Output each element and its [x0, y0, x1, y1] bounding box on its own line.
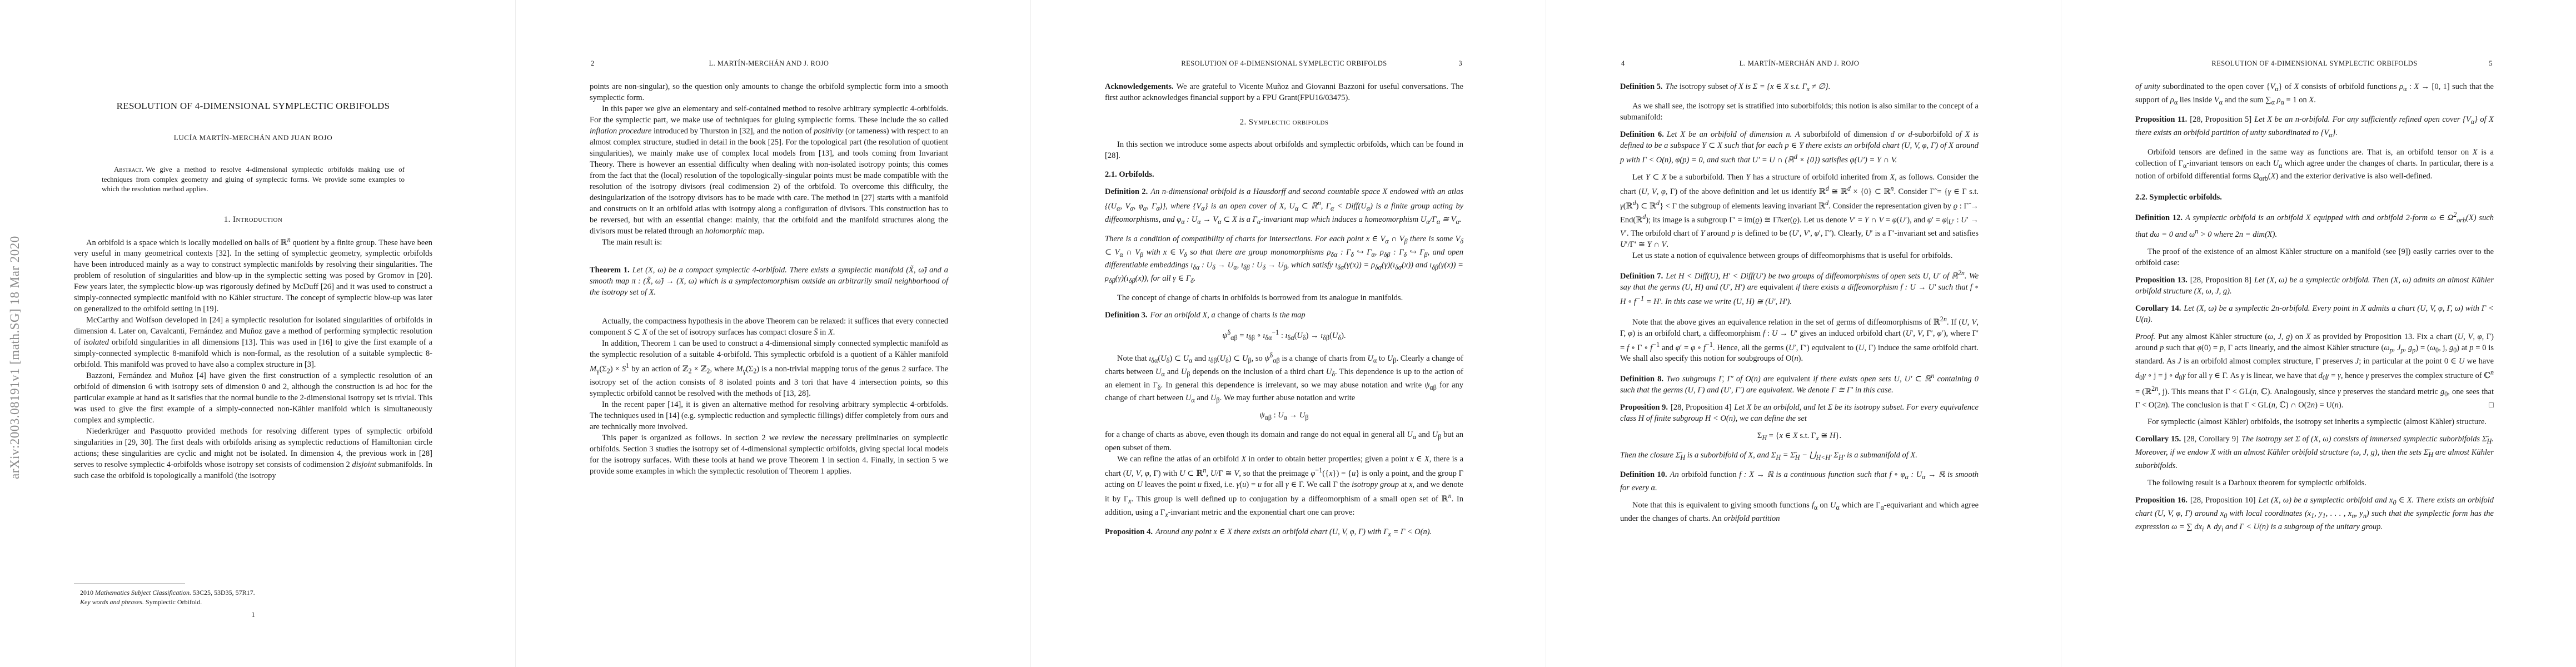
definition-label: Definition 7. [1620, 272, 1663, 281]
paper-title: RESOLUTION OF 4-DIMENSIONAL SYMPLECTIC O… [74, 100, 432, 112]
paragraph: This paper is organized as follows. In s… [590, 432, 948, 477]
proposition-body: Around any point x ∈ X there exists an o… [1155, 527, 1432, 536]
running-title: RESOLUTION OF 4-DIMENSIONAL SYMPLECTIC O… [2211, 59, 2417, 67]
acknowledgements-label: Acknowledgements. [1105, 82, 1174, 91]
running-title: RESOLUTION OF 4-DIMENSIONAL SYMPLECTIC O… [1181, 59, 1387, 67]
page-4-content: Definition 5.The isotropy subset of X is… [1620, 81, 1979, 524]
theorem-label: Theorem 1. [590, 266, 630, 275]
corollary-label: Corollary 14. [2135, 304, 2181, 313]
paragraph: The proof of the existence of an almost … [2135, 246, 2494, 268]
page-3: RESOLUTION OF 4-DIMENSIONAL SYMPLECTIC O… [1030, 0, 1546, 667]
running-header: 4 L. MARTÍN-MERCHÁN AND J. ROJO [1620, 59, 1979, 68]
definition-body: There is a condition of compatibility of… [1105, 235, 1463, 283]
definition-label: Definition 6. [1620, 130, 1664, 139]
corollary-body: Let (X, ω) be a symplectic 2n-orbifold. … [2135, 304, 2494, 324]
theorem-body: Let (X, ω) be a compact symplectic 4-orb… [590, 266, 948, 297]
running-header: RESOLUTION OF 4-DIMENSIONAL SYMPLECTIC O… [1105, 59, 1463, 68]
definition-body: An orbifold function f : X → ℝ is a cont… [1620, 470, 1979, 492]
paragraph: In the recent paper [14], it is given an… [590, 399, 948, 432]
paragraph: of unity subordinated to the open cover … [2135, 81, 2494, 108]
subsection-symplectic-orbifolds: 2.2. Symplectic orbifolds. [2135, 192, 2494, 203]
proposition-16: Proposition 16.[28, Proposition 10]Let (… [2135, 495, 2494, 535]
definition-3: Definition 3.For an orbifold X, a change… [1105, 310, 1463, 321]
proposition-body: Let X be an n-orbifold. For any sufficie… [2135, 115, 2494, 137]
definition-2-continued: There is a condition of compatibility of… [1105, 233, 1463, 287]
paragraph: In addition, Theorem 1 can be used to co… [590, 338, 948, 399]
proof: Proof.Put any almost Kähler structure (ω… [2135, 331, 2494, 411]
paragraph: Let us state a notion of equivalence bet… [1620, 250, 1979, 261]
definition-5: Definition 5.The isotropy subset of X is… [1620, 81, 1979, 94]
definition-body: A symplectic orbifold is an orbifold X e… [2135, 213, 2494, 239]
paragraph: The main result is: [590, 237, 948, 248]
footnote-keywords: Key words and phrases. Symplectic Orbifo… [74, 598, 432, 607]
paragraph: Niederkrüger and Pasquotto provided meth… [74, 426, 432, 481]
proposition-body: Let (X, ω) be a symplectic orbifold. The… [2135, 276, 2494, 296]
display-formula: ψδαβ = ıδβ ∘ ıδα−1 : ıδα(Uδ) → ıδβ(Uδ). [1105, 327, 1463, 344]
paragraph: Bazzoni, Fernández and Muñoz [4] have gi… [74, 370, 432, 426]
proposition-13: Proposition 13.[28, Proposition 8]Let (X… [2135, 275, 2494, 297]
footnote-msc: 2010 Mathematics Subject Classification.… [74, 588, 432, 598]
abstract-text: We give a method to resolve 4-dimensiona… [102, 165, 405, 193]
proposition-label: Proposition 16. [2135, 496, 2188, 505]
display-formula: ΣH = {x ∈ X s.t. Γx ≅ H}. [1620, 430, 1979, 444]
paragraph: Note that this is equivalent to giving s… [1620, 500, 1979, 524]
definition-label: Definition 10. [1620, 470, 1667, 479]
proof-body: Put any almost Kähler structure (ω, J, g… [2135, 332, 2494, 410]
arxiv-watermark: arXiv:2003.08191v1 [math.SG] 18 Mar 2020 [8, 185, 22, 530]
paragraph: Actually, the compactness hypothesis in … [590, 316, 948, 338]
page-number: 4 [1621, 59, 1625, 68]
corollary-label: Corollary 15. [2135, 435, 2181, 444]
proposition-label: Proposition 11. [2135, 115, 2187, 124]
proposition-4: Proposition 4.Around any point x ∈ X the… [1105, 526, 1463, 540]
proposition-11: Proposition 11.[28, Proposition 5]Let X … [2135, 114, 2494, 141]
abstract-label: Abstract. [114, 165, 143, 173]
citation: [28, Proposition 5] [2190, 115, 2251, 124]
paper-authors: LUCÍA MARTÍN-MERCHÁN AND JUAN ROJO [74, 132, 432, 143]
corollary-15: Corollary 15.[28, Corollary 9]The isotro… [2135, 434, 2494, 471]
subsection-orbifolds: 2.1. Orbifolds. [1105, 169, 1463, 180]
running-authors: L. MARTÍN-MERCHÁN AND J. ROJO [709, 59, 829, 67]
definition-label: Definition 5. [1620, 82, 1663, 91]
paragraph: points are non-singular), so the questio… [590, 81, 948, 103]
corollary-14: Corollary 14.Let (X, ω) be a symplectic … [2135, 303, 2494, 325]
page-5: RESOLUTION OF 4-DIMENSIONAL SYMPLECTIC O… [2061, 0, 2576, 667]
proposition-label: Proposition 13. [2135, 276, 2188, 285]
definition-7: Definition 7.Let H < Diff(U), H′ < Diff(… [1620, 267, 1979, 307]
page-1-content: RESOLUTION OF 4-DIMENSIONAL SYMPLECTIC O… [74, 100, 432, 481]
page-2-content: points are non-singular), so the questio… [590, 81, 948, 477]
definition-body: For an orbifold X, a change of charts is… [1150, 311, 1306, 320]
display-formula: ψαβ : Uα → Uβ [1105, 410, 1463, 423]
theorem-1: Theorem 1.Let (X, ω) be a compact symple… [590, 265, 948, 298]
citation: [28, Proposition 10] [2190, 496, 2256, 505]
definition-label: Definition 3. [1105, 311, 1148, 320]
proposition-body: Let (X, ω) be a symplectic orbifold and … [2135, 496, 2494, 531]
definition-12: Definition 12.A symplectic orbifold is a… [2135, 209, 2494, 240]
page-5-content: of unity subordinated to the open cover … [2135, 81, 2494, 541]
definition-label: Definition 12. [2135, 213, 2183, 222]
definition-10: Definition 10.An orbifold function f : X… [1620, 469, 1979, 494]
footnote-rule [74, 584, 185, 584]
paper-montage: arXiv:2003.08191v1 [math.SG] 18 Mar 2020… [0, 0, 2576, 667]
paragraph: for a change of charts as above, even th… [1105, 429, 1463, 454]
page-number: 3 [1458, 59, 1462, 68]
paragraph: We can refine the atlas of an orbifold X… [1105, 454, 1463, 520]
proposition-label: Proposition 9. [1620, 403, 1668, 412]
page-2: 2 L. MARTÍN-MERCHÁN AND J. ROJO points a… [515, 0, 1030, 667]
paragraph: In this section we introduce some aspect… [1105, 139, 1463, 161]
page-3-content: Acknowledgements.We are grateful to Vice… [1105, 81, 1463, 545]
section-heading-symplectic-orbifolds: 2. Symplectic orbifolds [1105, 117, 1463, 128]
paragraph: As we shall see, the isotropy set is str… [1620, 101, 1979, 123]
page-4: 4 L. MARTÍN-MERCHÁN AND J. ROJO Definiti… [1546, 0, 2061, 667]
running-header: 2 L. MARTÍN-MERCHÁN AND J. ROJO [590, 59, 948, 68]
section-heading-introduction: 1. Introduction [74, 214, 432, 225]
citation: [28, Corollary 9] [2184, 435, 2239, 444]
running-authors: L. MARTÍN-MERCHÁN AND J. ROJO [1740, 59, 1860, 67]
paragraph: McCarthy and Wolfson developed in [24] a… [74, 315, 432, 370]
proposition-9-continued: Then the closure Σ̄H is a suborbifold of… [1620, 450, 1979, 463]
definition-body: Let X be an orbifold of dimension n. A s… [1620, 130, 1979, 165]
paragraph: An orbifold is a space which is locally … [74, 234, 432, 315]
citation: [28, Proposition 4] [1671, 403, 1731, 412]
paragraph: Note that ıδα(Uδ) ⊂ Uα and ıδβ(Uδ) ⊂ Uβ,… [1105, 350, 1463, 406]
abstract: Abstract.We give a method to resolve 4-d… [102, 165, 405, 194]
definition-6: Definition 6.Let X be an orbifold of dim… [1620, 129, 1979, 166]
paragraph: Orbifold tensors are defined in the same… [2135, 147, 2494, 185]
footnote: 2010 Mathematics Subject Classification.… [74, 584, 432, 606]
paragraph: The concept of change of charts in orbif… [1105, 292, 1463, 303]
definition-8: Definition 8.Two subgroups Γ, Γ′ of O(n)… [1620, 370, 1979, 396]
definition-body: An n-dimensional orbifold is a Hausdorff… [1105, 187, 1463, 224]
page-number: 1 [74, 610, 432, 619]
paragraph: The following result is a Darboux theore… [2135, 477, 2494, 489]
proposition-9: Proposition 9.[28, Proposition 4]Let X b… [1620, 402, 1979, 424]
definition-body: Let H < Diff(U), H′ < Diff(U′) be two gr… [1620, 272, 1979, 306]
paragraph: Let Y ⊂ X be a suborbifold. Then Y has a… [1620, 172, 1979, 250]
page-1: arXiv:2003.08191v1 [math.SG] 18 Mar 2020… [0, 0, 515, 667]
paragraph: For symplectic (almost Kähler) orbifolds… [2135, 416, 2494, 427]
acknowledgements: Acknowledgements.We are grateful to Vice… [1105, 81, 1463, 103]
proposition-body: Then the closure Σ̄H is a suborbifold of… [1620, 451, 1917, 460]
definition-body: The isotropy subset of X is Σ = {x ∈ X s… [1666, 82, 1831, 91]
definition-label: Definition 2. [1105, 187, 1148, 196]
paragraph: Note that the above gives an equivalence… [1620, 313, 1979, 365]
definition-label: Definition 8. [1620, 375, 1663, 384]
page-number: 2 [591, 59, 595, 68]
definition-body: Two subgroups Γ, Γ′ of O(n) are equivale… [1620, 375, 1979, 395]
proof-label: Proof. [2135, 332, 2155, 341]
proposition-label: Proposition 4. [1105, 527, 1153, 536]
paragraph: In this paper we give an elementary and … [590, 103, 948, 237]
citation: [28, Proposition 8] [2190, 276, 2251, 285]
page-number: 5 [2489, 59, 2493, 68]
definition-2: Definition 2.An n-dimensional orbifold i… [1105, 186, 1463, 227]
qed-symbol: □ [2489, 400, 2494, 411]
running-header: RESOLUTION OF 4-DIMENSIONAL SYMPLECTIC O… [2135, 59, 2494, 68]
